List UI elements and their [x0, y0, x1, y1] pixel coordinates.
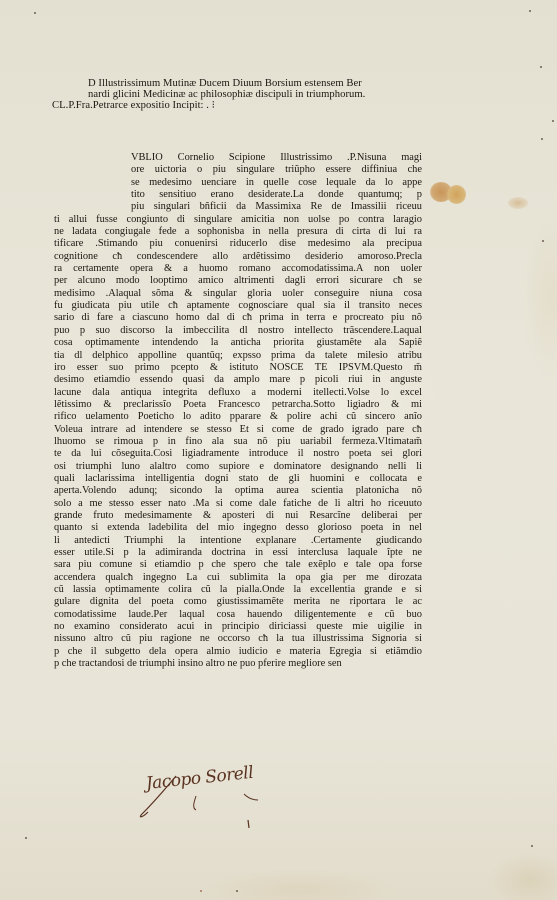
header-line-1: D Illustrissimum Mutinæ Ducem Diuum Bors…	[52, 78, 432, 89]
body-line: ore uictoria o piu singulare triũpho ess…	[131, 164, 422, 176]
speck	[531, 845, 533, 847]
handwritten-signature: Jacopo Sorell	[136, 768, 286, 818]
body-line: fu giudicata piu utile cħ aptamente cogn…	[54, 300, 422, 312]
body-line: cosa optimamente intendendo la anticha p…	[54, 337, 422, 349]
header-line-3: CL.P.Fra.Petrarce expositio Incipit: . ⁝	[52, 100, 432, 111]
speck	[200, 890, 202, 892]
body-line: tito sensitiuo erano desiderate.La donde…	[131, 189, 422, 201]
body-line: cognitione cħ condescendere allo ardẽtis…	[54, 251, 422, 263]
body-line: comodatissime laude.Per laqual cosa haue…	[54, 609, 422, 621]
body-line: lhuomo se rimoua p in fino ala sua nõ pi…	[54, 436, 422, 448]
body-line: tia dl delphico appolline quantũq; expss…	[54, 350, 422, 362]
body-line: Voleua intrare ad intendere se stesso Et…	[54, 424, 422, 436]
speck	[25, 837, 27, 839]
body-line: no examino considerato acui in principio…	[54, 621, 422, 633]
body-line: iro esser suo primo pcepto & istituto NO…	[54, 362, 422, 374]
body-line: medisimo .Alaqual sõma & singular gloria…	[54, 288, 422, 300]
body-line: sario di fare a ciascuno homo dal di cħ …	[54, 312, 422, 324]
speck	[236, 890, 238, 892]
body-line: grande fruto medesimamente & aposteri di…	[54, 510, 422, 522]
manuscript-page: D Illustrissimum Mutinæ Ducem Diuum Bors…	[0, 0, 557, 900]
incipit-header: D Illustrissimum Mutinæ Ducem Diuum Bors…	[52, 78, 432, 112]
body-line: ra certamente opera & a huomo romano acc…	[54, 263, 422, 275]
speck	[552, 120, 554, 122]
body-line: p che tractandosi de triumphi insino alt…	[54, 658, 422, 670]
body-line: solo a me stesso esser nato .Ma si come …	[54, 498, 422, 510]
header-line-2: nardi glicini Medicinæ ac philosophiæ di…	[52, 89, 432, 100]
body-line: per alcuno modo looptimo amico altriment…	[54, 275, 422, 287]
body-line: osi triumphi luno alaltro como supiore e…	[54, 461, 422, 473]
body-line: tificare .Stimando piu conuenirsi riduce…	[54, 238, 422, 250]
body-line: lacune dala antiqua integrita defluxo a …	[54, 387, 422, 399]
body-line: quanto si extenda ladebilita del mio ing…	[54, 522, 422, 534]
body-line: VBLIO Cornelio Scipione Illustrissimo .P…	[131, 152, 422, 164]
speck	[34, 12, 36, 14]
body-line: cũ lassia optimamente colira cũ la piall…	[54, 584, 422, 596]
body-line: ne ladata congiugale fede a sophonisba i…	[54, 226, 422, 238]
body-line: sara piu comune si etiamdio p che spero …	[54, 559, 422, 571]
speck	[540, 66, 542, 68]
body-line: piu singulari bñficii da Massimixa Re de…	[131, 201, 422, 213]
body-text: VBLIO Cornelio Scipione Illustrissimo .P…	[54, 152, 422, 670]
body-line: te da lui cõseguita.Cosi ligiadramente i…	[54, 448, 422, 460]
stain-small	[447, 185, 466, 204]
body-line: desimo etiamdio essendo quasi da amplo m…	[54, 374, 422, 386]
body-line: p che il subgetto dela opera almio iudic…	[54, 646, 422, 658]
body-line: rifico uelamento Poeticho lo adito ppara…	[54, 411, 422, 423]
body-line: aperta.Volendo adunq; sicondo la optima …	[54, 485, 422, 497]
speck	[542, 240, 544, 242]
body-line: quali laclarissima intelligentia dogni s…	[54, 473, 422, 485]
body-line: se medesimo uenciare in quelle cose lequ…	[131, 177, 422, 189]
body-line: esser utile.Si p la adimiranda doctrina …	[54, 547, 422, 559]
body-line: puo p suo discorso la imbeccilita dl nos…	[54, 325, 422, 337]
speck	[529, 10, 531, 12]
body-line: accendera qualcħ ingegno La cui sublimit…	[54, 572, 422, 584]
body-line: nissuno altro cũ piu ragione ne occorso …	[54, 633, 422, 645]
speck	[541, 138, 543, 140]
body-line: lẽtissimo & preclarissĩo Poeta Francesco…	[54, 399, 422, 411]
body-line: gulare dignita del poeta como giustissim…	[54, 596, 422, 608]
body-line: li antedicti Triumphi la intentione expl…	[54, 535, 422, 547]
body-line: ti allui fusse congiunto di singulare am…	[54, 214, 422, 226]
stain-right	[508, 197, 528, 209]
